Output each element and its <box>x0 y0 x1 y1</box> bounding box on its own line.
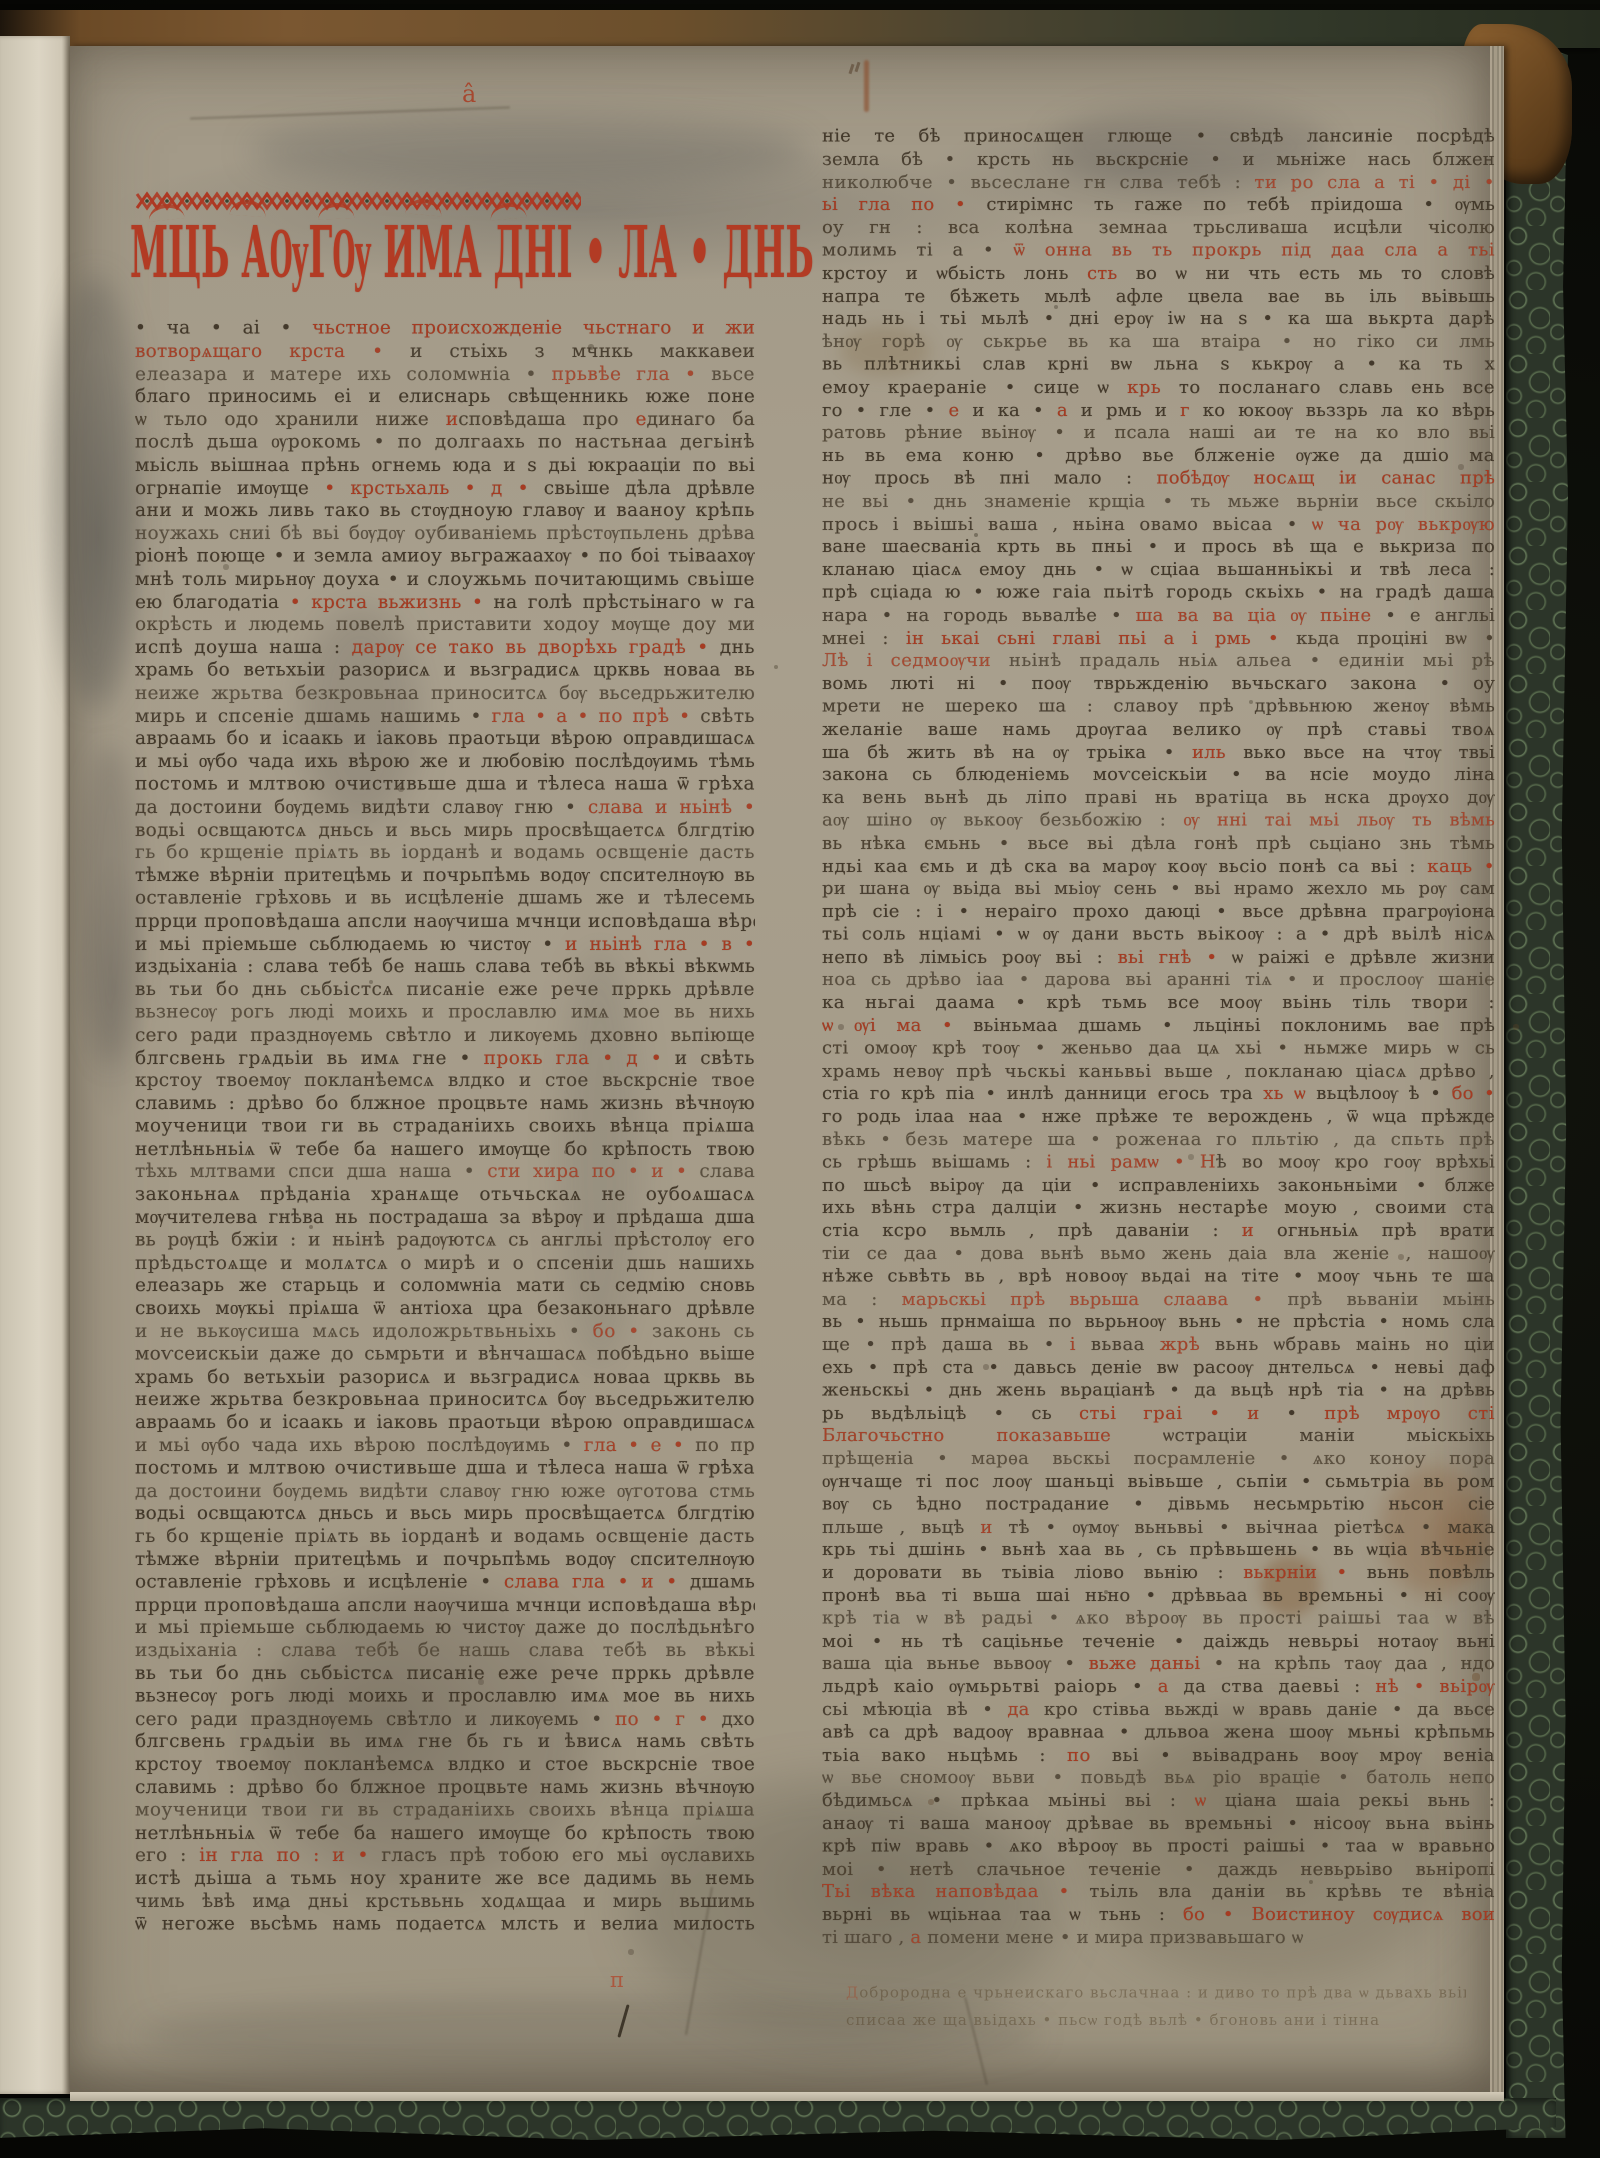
text-line: моученици твои ги вь страданіихь своихь … <box>135 1115 755 1138</box>
body-text: свѣть <box>691 706 755 727</box>
rubric-text: и ньінѣ гла • в • <box>565 934 755 955</box>
headband-dot <box>225 199 229 203</box>
body-text: вьі • вьівадрань воѹ мрѹ веніа <box>1091 1745 1495 1766</box>
rubric-text: е <box>635 409 646 430</box>
body-text: и не вькѹсиша мѧсь идоложрьтвьньіхь • <box>135 1321 593 1342</box>
text-line: храмь бо ветьхьіи разорисѧ и вьзградисѧ … <box>135 660 755 683</box>
text-line: го • гле • е и ка • а и рмь и г ко юкоѹ … <box>822 400 1495 423</box>
body-text: то посланаго славь ень все <box>1161 377 1495 398</box>
body-text: вьцѣлоѹ ѣ • <box>1306 1083 1452 1104</box>
rubric-text: крь <box>1127 377 1161 398</box>
body-text: нѹ прось вѣ пні мало : <box>822 468 1157 489</box>
body-text: мирь и спсеніе дшамь нашимь • <box>135 706 492 727</box>
stain <box>80 746 140 1066</box>
headband-dot <box>325 199 329 203</box>
text-line: авраамь бо и ісаакь и іаковь праотьци вѣ… <box>135 1412 755 1435</box>
photographed-manuscript-scene: а̂ МЦЬ АѸГѸ ИМА ДНІ • ЛА • ДНЬ • ча • аі… <box>0 0 1600 2158</box>
text-line: вь рѹцѣ бжіи : и ньінѣ радѹютсѧ сь англь… <box>135 1229 755 1252</box>
text-line: издьіханіа : слава тебѣ бе нашь слава те… <box>135 1640 755 1663</box>
rubric-text: прѣ мрѹо сті <box>1324 1403 1495 1424</box>
rubric-text: и <box>446 409 459 430</box>
text-line: вь нѣка ємьнь • вьсе вьі дѣла гонѣ прѣ с… <box>822 833 1495 856</box>
rubric-text: Лѣ і седмоѹчи <box>822 650 991 671</box>
body-text: неиже жрьтва безкровьнаа приноситсѧ бѹ в… <box>135 683 755 704</box>
body-text: авѣ са дрѣ вадоѹ вравнаа • дльвоа жена ш… <box>822 1721 1495 1742</box>
text-line: молимь ті а • ѿ онна вь ть прокрь під да… <box>822 240 1495 263</box>
rubric-text: вотворѧщаго крста • <box>135 341 410 362</box>
body-text: блгсвень грѧдьіи вь имѧ гне • <box>135 1048 484 1069</box>
text-line: мрети не шереко ша : славоу прѣ дрѣвьнюю… <box>822 696 1495 719</box>
text-line: ани и можь ливь тако вь стѹдноую главѹ и… <box>135 500 755 523</box>
text-line: Уводьі освщаютсѧ дньсь и вьсь мирь просв… <box>135 1503 755 1526</box>
body-text: помени мене • и мира призвавьшаго ѡ <box>921 1927 1303 1948</box>
stain-bar <box>864 60 869 112</box>
text-line: Пнара • на городь вьвалѣе • ша ва ва ціа… <box>822 605 1495 628</box>
body-text: • на крѣпь таѹ даа , ндо <box>1200 1653 1495 1674</box>
text-line: прѣ сіе : і • нераіго прохо даюці • вьсе… <box>822 901 1495 924</box>
pen-slash-mark <box>617 2004 629 2038</box>
body-text: ньінѣ прадаль ньіѧ альеа • единіи мьі рѣ <box>991 650 1495 671</box>
body-text: ціана шаіа рекьі вьнь : <box>1206 1790 1495 1811</box>
body-text: кланаю ціасѧ емоу днь • ѡ сціаа вьшанньі… <box>822 559 1495 580</box>
text-line: кланаю ціасѧ емоу днь • ѡ сціаа вьшанньі… <box>822 559 1495 582</box>
body-text: дхо <box>709 1709 755 1730</box>
body-text: крстоу твоемѹ покланѣемсѧ влдко и стое в… <box>135 1754 755 1775</box>
body-text: мнеі : <box>822 628 906 649</box>
body-text: ѡ тьло одо хранили ниже <box>135 409 446 430</box>
body-text: моі • нь тѣ саціьнье теченіе • даіждь не… <box>822 1631 1495 1652</box>
body-text: вьрні вь ѡціьнаа таа ѡ тьнь : <box>822 1904 1183 1925</box>
body-text: свьіше дѣла дрѣвле <box>529 478 755 499</box>
body-text: чимь ѣвѣ има дньі крстьвьнь ходѧщаа и ми… <box>135 1891 755 1912</box>
text-line: ті шаго , а помени мене • и мира призвав… <box>822 1927 1495 1950</box>
text-line: Кндьі каа ємь и дѣ ска ва марѹ коѹ вьсіо… <box>822 856 1495 879</box>
text-line: пронѣ вьа ті вьша шаі ньно • дрѣвьаа вь … <box>822 1585 1495 1608</box>
body-text: вомь люті ні • поѹ тврьжденію вьчьскаго … <box>822 673 1495 694</box>
body-text: прѣ вьваніи мьінь <box>1263 1289 1495 1310</box>
rubric-text: и <box>1242 1220 1254 1241</box>
text-line: елеазара и матере ихь соломѡніа • прьвѣе… <box>135 364 755 387</box>
text-line: нетлѣньньіѧ ѿ тебе ба нашего имѹще бо кр… <box>135 1139 755 1162</box>
body-text: ніе те бѣ приносѧщен глюще • свѣдѣ ланси… <box>822 126 1495 147</box>
text-line: своихь мѹкьі пріѧша ѿ антіоха цра безако… <box>135 1298 755 1321</box>
body-text: послѣ дьша ѹрокомь • по долгаахь по наст… <box>135 432 755 453</box>
body-text: его : <box>135 1845 199 1866</box>
text-line: напра те бѣжеть мьлѣ афле цвела вае вь і… <box>822 286 1495 309</box>
rubric-text: ѹ нні таі мьі льѹ ть вѣмь <box>1183 810 1495 831</box>
body-text: ване шаесваніа крть вь пньі • и прось вѣ… <box>822 536 1495 557</box>
body-text: ѡ вье сномоѹ вьви • повьдѣ вьѧ ріо враці… <box>822 1767 1495 1788</box>
rubric-text: и <box>980 1517 992 1538</box>
body-text: ѣ во моѹ кро гоѹ врѣхьі <box>1216 1151 1495 1172</box>
body-text: закона сь блюденіемь моѵсеіскьіи • ва нс… <box>822 764 1495 785</box>
rubric-text: прьвѣе гла • <box>552 364 712 385</box>
headband-dot <box>305 199 309 203</box>
text-line: вь плѣтникьі слав крні вѡ льна ѕ кькрѹ а… <box>822 354 1495 377</box>
rubric-text: сть <box>1087 263 1117 284</box>
rubric-text: е <box>948 400 959 421</box>
body-text: гь бо крщеніе пріѧть вь іорданѣ и водамь… <box>135 1526 755 1547</box>
body-text: тіи се даа • дова вьнѣ вьмо жень даіа вл… <box>822 1243 1495 1264</box>
body-text: по шьсѣ вьірѹ да ціи • исправленіихь зак… <box>822 1175 1495 1196</box>
text-line: славимь : дрѣво бо блжное процвьте намь … <box>135 1093 755 1116</box>
body-text: надь нь і тьі мьлѣ • дні ерѹ іѡ на ѕ • к… <box>822 308 1495 329</box>
text-line: сего ради празднѹемь свѣтло и ликѹемь дх… <box>135 1025 755 1048</box>
text-line: оставленіе грѣховь и исцѣленіе • слава г… <box>135 1571 755 1594</box>
body-text: ѣнѹ горѣ ѹ ськрье вь ка ша втаіра • но г… <box>822 331 1495 352</box>
body-text: своихь мѹкьі пріѧша ѿ антіоха цра безако… <box>135 1298 755 1319</box>
body-text: днь <box>709 637 755 658</box>
tick-mark <box>855 62 861 72</box>
text-line: ѡ тьло одо хранили ниже исповѣдаша про е… <box>135 409 755 432</box>
rubric-text: ѡ ча рѹ вькрѹю <box>1312 514 1495 535</box>
rubric-text: Благочьстно показавьше <box>822 1425 1111 1446</box>
body-text: гь бо крщеніе пріѧть вь іорданѣ и водамь… <box>135 842 755 863</box>
rubric-text: побѣдѹ носѧщ іи санас прѣ <box>1157 468 1495 489</box>
body-text: крстоу твоемѹ покланѣемсѧ влдко и стое в… <box>135 1070 755 1091</box>
body-text: бѣдимьсѧ • прѣкаа мьіньі вьі : <box>822 1790 1195 1811</box>
rubric-text: ша ва ва ціа ѹ пьіне <box>1136 605 1372 626</box>
body-text: ѹнчаще ті пос лоѹ шаньці вьівьше , сьпіи… <box>822 1471 1495 1492</box>
text-line: пльше , вьцѣ и тѣ • ѹмѹ вьньвьі • вьічна… <box>822 1517 1495 1540</box>
body-text: списаа же ща вьідахь • пьсѡ годѣ вьлѣ • … <box>846 2011 1380 2029</box>
body-text: стіа го крѣ піа • инлѣ данници егось тра <box>822 1083 1263 1104</box>
body-text: и ка • <box>959 400 1056 421</box>
body-text: пльше , вьцѣ <box>822 1517 980 1538</box>
text-line: ри шана ѹ вьіда вьі мьіѹ сень • вьі нрам… <box>822 878 1495 901</box>
text-line: Унепо вѣ лімьісь роѹ вьі : вьі гнѣ • ѡ р… <box>822 947 1495 970</box>
text-line: моі • нь тѣ саціьнье теченіе • даіждь не… <box>822 1631 1495 1654</box>
rubric-text: сти хира по • и • <box>487 1161 687 1182</box>
text-line: николюбче • вьсеслане гн слва тебѣ : ти … <box>822 172 1495 195</box>
body-text: нь вь ема коню • дрѣво вье блженіе ѹже д… <box>822 445 1495 466</box>
rubric-text: ѡ <box>1195 1790 1207 1811</box>
body-text: водьі освщаютсѧ дньсь и вьсь мирь просвѣ… <box>135 820 755 841</box>
rubric-text: дарѹ се тако вь дворѣхь градѣ • <box>352 637 709 658</box>
body-text: водьі освщаютсѧ дньсь и вьсь мирь просвѣ… <box>135 1503 755 1524</box>
headband-dot <box>365 199 369 203</box>
text-line: мнѣ толь мирьнѹ доуха • и слоужьмь почит… <box>135 569 755 592</box>
body-text: вьіньмаа дшамь • льціньі поклонимь вае п… <box>953 1015 1495 1036</box>
rubric-text: по <box>1067 1745 1091 1766</box>
body-text: огньньіѧ прѣ врати <box>1254 1220 1495 1241</box>
rubric-text: ьі гла по • <box>822 194 966 215</box>
rubric-text: бо • <box>593 1321 640 1342</box>
body-text: ани и можь ливь тако вь стѹдноую главѹ и… <box>135 500 755 521</box>
body-text: моученици твои ги вь страданіихь своихь … <box>135 1799 755 1820</box>
body-text: крѣ тіа ѡ вѣ радьі • ѧко вѣроѹ вь прості… <box>822 1607 1495 1628</box>
body-text: земла бѣ • крсть нь вьскрсніе • и мьніже… <box>822 149 1495 170</box>
text-line: Бнѹ прось вѣ пні мало : побѣдѹ носѧщ іи … <box>822 468 1495 491</box>
text-line: сь грѣшь вьішамь : і ньі рамѡ • Нѣ во мо… <box>822 1151 1495 1174</box>
body-text: • е англьі <box>1371 605 1495 626</box>
body-text: аѹ шіно ѹ вькоѹ безьбожію : <box>822 810 1183 831</box>
rubric-text: ін гла по : и • <box>199 1845 368 1866</box>
body-text: женьскьі • днь жень вьраціанѣ • да вьцѣ … <box>822 1379 1495 1400</box>
rubric-text: ти ро сла а ті • ді • <box>1254 172 1495 193</box>
text-line: нетлѣньньіѧ ѿ тебе ба нашего имѹще бо кр… <box>135 1823 755 1846</box>
text-line: истѣ дьіша а тьмь ноу храните же все дад… <box>135 1868 755 1891</box>
rubric-text: да <box>1007 1699 1029 1720</box>
text-line: прѣдьстоѧще и молѧтсѧ о мирѣ и о спсеніи… <box>135 1253 755 1276</box>
text-line: сті омоѹ крѣ тоѹ • женьво даа цѧ хьі • н… <box>822 1037 1495 1060</box>
book-cover-marbled-bottom <box>0 2098 1556 2140</box>
text-line: ЛЛѣ і седмоѹчи ньінѣ прадаль ньіѧ альеа … <box>822 650 1495 673</box>
body-text: молимь ті а • <box>822 240 1014 261</box>
headband-dot <box>485 199 489 203</box>
body-text: и доровати вь тьівіа ліово вьнію : <box>822 1562 1243 1583</box>
text-line: Зка вень вьнѣ дь ліпо праві нь вратіца в… <box>822 787 1495 810</box>
body-text: ихь вѣнь стра далціи • жизнь нестарѣе мо… <box>822 1197 1495 1218</box>
body-text: анаѹ ті ваша маноѹ дрѣвае вь времьньі • … <box>822 1813 1495 1834</box>
text-line: не вьі • днь знаменіе крщіа • ть мьже вь… <box>822 491 1495 514</box>
text-line: Іблгсвень грѧдьіи вь имѧ гне бь гь и ѣви… <box>135 1731 755 1754</box>
text-line: и мьі ѹбо чада ихь вѣрою же и любовію по… <box>135 751 755 774</box>
body-text: нара • на городь вьвалѣе • <box>822 605 1136 626</box>
rubric-text: а <box>1158 1676 1169 1697</box>
body-text: ще • прѣ даша вь • <box>822 1334 1070 1355</box>
body-text: крстоу и ѡбьість лонь <box>822 263 1087 284</box>
body-text: законьнаѧ прѣданіа хранѧще отьчьскаѧ не … <box>135 1184 755 1205</box>
headband-dot <box>345 199 349 203</box>
rubric-text: • крста вьжизнь • <box>290 592 483 613</box>
text-line: тьіа вако ньцѣмь : по вьі • вьівадрань в… <box>822 1745 1495 1768</box>
text-line: ѡ вье сномоѹ вьви • повьдѣ вьѧ ріо враці… <box>822 1767 1495 1790</box>
rubric-text: нѣ • вьірѹ <box>1375 1676 1495 1697</box>
rubric-text: стьі граі • и <box>1079 1403 1260 1424</box>
body-text: да ства даевьі : <box>1169 1676 1375 1697</box>
body-text: го • гле • <box>822 400 948 421</box>
body-text: ка вень вьнѣ дь ліпо праві нь вратіца вь… <box>822 787 1495 808</box>
text-line: крстоу и ѡбьість лонь сть во ѡ ни чть ес… <box>822 263 1495 286</box>
text-line: ніе те бѣ приносѧщен глюще • свѣдѣ ланси… <box>822 126 1495 149</box>
body-text: вь тьи бо днь сьбьістсѧ писаніе еже рече… <box>135 1663 755 1684</box>
body-text: вѣкь • безь матере ша • роженаа го пльті… <box>822 1129 1495 1150</box>
body-text: рь вьдѣльіцѣ • сь <box>822 1403 1079 1424</box>
text-line: ратовь рѣние вьінѹ • и псала наші аи те … <box>822 422 1495 445</box>
body-text: испѣ доуша наша : <box>135 637 352 658</box>
text-line: Дріонѣ поюще • и земла амиоу вьгражаахѹ … <box>135 546 755 569</box>
text-line: стіа го крѣ піа • инлѣ данници егось тра… <box>822 1083 1495 1106</box>
body-text: храмь невѹ прѣ чьскьі каньвьі вьше , пок… <box>822 1061 1495 1082</box>
text-line: крстоу твоемѹ покланѣемсѧ влдко и стое в… <box>135 1070 755 1093</box>
rubric-text: прокь гла • д • <box>484 1048 663 1069</box>
body-text: неиже жрьтва безкровьнаа приноситсѧ бѹ в… <box>135 1389 755 1410</box>
body-text: по пр <box>684 1435 755 1456</box>
body-text: • <box>1260 1403 1325 1424</box>
text-line: бѣдимьсѧ • прѣкаа мьіньі вьі : ѡ ціана ш… <box>822 1790 1495 1813</box>
text-line: Бкрѣ тіа ѡ вѣ радьі • ѧко вѣроѹ вь прост… <box>822 1607 1495 1630</box>
body-text: и мьі пріемьше сьблюдаемь ю чистѹ • <box>135 934 565 955</box>
body-text: вьзнесѹ рогь люді моихь и прославлю имѧ … <box>135 1002 755 1023</box>
text-line: стіа ксро вьмль , прѣ даваніи : и огньнь… <box>822 1220 1495 1243</box>
text-line: гь бо крщеніе пріѧть вь іорданѣ и водамь… <box>135 1526 755 1549</box>
flyleaf-page-edge <box>0 36 70 2094</box>
text-line: емоу краераніе • сице ѡ крь то посланаго… <box>822 377 1495 400</box>
rubric-text: Тьі вѣка наповѣдаа • <box>822 1881 1070 1902</box>
text-line: ѣнѹ горѣ ѹ ськрье вь ка ша втаіра • но г… <box>822 331 1495 354</box>
rubric-text: вькрніи • <box>1243 1562 1347 1583</box>
body-text: вько вьсе на чтѹ твьі <box>1226 742 1495 763</box>
folio-number-mark: а̂ <box>462 80 476 108</box>
body-text: тьі соль нціамі • ѡ ѹ дани вьсть вьікоѹ … <box>822 923 1495 944</box>
body-text: моученици твои ги вь страданіихь своихь … <box>135 1115 755 1136</box>
text-line: крѣ піѡ вравь • ѧко вѣроѹ вь прості раіш… <box>822 1835 1495 1858</box>
body-text: тѣхь млтвами спси дша наша • <box>135 1161 487 1182</box>
body-text: прѣдьстоѧще и молѧтсѧ о мирѣ и о спсеніи… <box>135 1253 755 1274</box>
body-text: мрети не шереко ша : славоу прѣ дрѣвьнюю… <box>822 696 1495 717</box>
text-line: вь • ньшь прнмаіша по вьрьноѹ вьнь • не … <box>822 1311 1495 1334</box>
body-text: и мьі ѹбо чада ихь вѣрою послѣдѹимь • <box>135 1435 584 1456</box>
body-text <box>1185 1151 1200 1172</box>
body-text: тѣмже вѣрніи притецѣмь и почрьпѣмь водѹ … <box>135 865 755 886</box>
body-text: желаніе ваше намь дрѹгаа велико ѹ прѣ ст… <box>822 719 1495 740</box>
rubric-text: ѡ ѹі ма • <box>822 1015 953 1036</box>
body-text: и мьі ѹбо чада ихь вѣрою же и любовію по… <box>135 751 755 772</box>
body-text: нѣже сьвѣть вь , врѣ новоѹ вьдаі на тіте… <box>822 1265 1495 1286</box>
headband-dot <box>265 199 269 203</box>
text-line: оу гн : вса колѣна земнаа трьсливаша исц… <box>822 217 1495 240</box>
body-text: напра те бѣжеть мьлѣ афле цвела вае вь і… <box>822 286 1495 307</box>
text-line: храмь бо ветьхьіи разорисѧ и вьзградисѧ … <box>135 1367 755 1390</box>
body-text: гласъ прѣ тобою его мьі ѹславихь <box>369 1845 755 1866</box>
text-line: ка ньгаі даама • крѣ тьмь все моѹ вьінь … <box>822 992 1495 1015</box>
headband-dot <box>545 199 549 203</box>
text-line: моученици твои ги вь страданіихь своихь … <box>135 1799 755 1822</box>
text-line: да достоини бѹдемь видѣти славѹ гню юже … <box>135 1481 755 1504</box>
body-text: ко юкоѹ вьззрь ла ко вѣрь <box>1190 400 1495 421</box>
text-line: вь тьи бо днь сьбьістсѧ писаніе еже рече… <box>135 1663 755 1686</box>
body-text: сь грѣшь вьішамь : <box>822 1151 1046 1172</box>
text-line: ѿ негоже вьсѣмь намь подаетсѧ млсть и ве… <box>135 1913 755 1936</box>
body-text: ша бѣ жить вѣ на ѹ трьіка • <box>822 742 1192 763</box>
body-text: крѣ піѡ вравь • ѧко вѣроѹ вь прості раіш… <box>822 1835 1495 1856</box>
rubric-text: иль <box>1192 742 1226 763</box>
book-cover-marbled-right <box>1506 34 1568 2138</box>
text-line: тѣхь млтвами спси дша наша • сти хира по… <box>135 1161 755 1184</box>
body-text: елеазара и матере ихь соломѡніа • <box>135 364 552 385</box>
body-text: на голѣ прѣстьінаго ѡ га <box>483 592 755 613</box>
body-text: непо вѣ лімьісь роѹ вьі : <box>822 947 1118 968</box>
quire-mark: п <box>610 1968 624 1992</box>
text-line: и доровати вь тьівіа ліово вьнію : вькрн… <box>822 1562 1495 1585</box>
headband-dot <box>405 199 409 203</box>
rubric-text: а <box>910 1927 921 1948</box>
body-text: ехь • прѣ ста • давьсь деніе вѡ расоѹ дн… <box>822 1357 1495 1378</box>
body-text: николюбче • вьсеслане гн слва тебѣ : <box>822 172 1254 193</box>
text-line: крстоу твоемѹ покланѣемсѧ влдко и стое в… <box>135 1754 755 1777</box>
body-text: авраамь бо и ісаакь и іаковь праотьци вѣ… <box>135 1412 755 1433</box>
text-line: ваша ціа вьнье вьвоѹ • вьже даньі • на к… <box>822 1653 1495 1676</box>
text-line: тьі соль нціамі • ѡ ѹ дани вьсть вьікоѹ … <box>822 923 1495 946</box>
text-line: Еего : ін гла по : и • гласъ прѣ тобою е… <box>135 1845 755 1868</box>
body-text: кьда проціні вѡ • <box>1279 628 1495 649</box>
body-text: вьзнесѹ рогь люді моихь и прославлю имѧ … <box>135 1685 755 1706</box>
text-line: неиже жрьтва безкровьнаа приноситсѧ бѹ в… <box>135 683 755 706</box>
body-text: крь тьі дшінь • вьнѣ хаа вь , сь прѣвьше… <box>822 1539 1495 1560</box>
text-line: тіи се даа • дова вьнѣ вьмо жень даіа вл… <box>822 1243 1495 1266</box>
body-text: вьнь повѣль <box>1347 1562 1495 1583</box>
body-text: вь тьи бо днь сьбьістсѧ писаніе еже рече… <box>135 979 755 1000</box>
body-text: мнѣ толь мирьнѹ доуха • и слоужьмь почит… <box>135 569 755 590</box>
body-text: и рмь и <box>1068 400 1180 421</box>
text-line: Зтѣмже вѣрніи притецѣмь и почрьпѣмь водѹ… <box>135 865 755 888</box>
text-line: списаа же ща вьідахь • пьсѡ годѣ вьлѣ • … <box>846 2007 1466 2034</box>
body-text: постомь и млтвою очистивьше дша и тѣлеса… <box>135 774 755 795</box>
body-text: ріонѣ поюще • и земла амиоу вьгражаахѹ •… <box>135 546 755 567</box>
text-line: желаніе ваше намь дрѹгаа велико ѹ прѣ ст… <box>822 719 1495 742</box>
bleedthrough-mark <box>848 54 878 118</box>
body-text: ѡ раіжі е дрѣвле жизни <box>1217 947 1495 968</box>
text-line: рь вьдѣльіцѣ • сь стьі граі • и • прѣ мр… <box>822 1403 1495 1426</box>
colophon: Доброродна е чрьнеискаго вьслачнаа : и д… <box>846 1980 1466 2034</box>
text-line: Мокрѣсть и людемь повелѣ приставити ходо… <box>135 614 755 637</box>
text-line: вомь люті ні • поѹ тврьжденію вьчьскаго … <box>822 673 1495 696</box>
text-line: тѣмже вѣрніи притецѣмь и почрьпѣмь водѹ … <box>135 1549 755 1572</box>
body-text: прѣщеніа • марѳа вьскьі посрамленіе • ѧк… <box>822 1448 1495 1469</box>
text-line: вѹ сь ѣдно пострадание • дівьмь несьмрьт… <box>822 1493 1495 1516</box>
text-line: и мьі ѹбо чада ихь вѣрою послѣдѹимь • гл… <box>135 1435 755 1458</box>
text-line: Пнѣже сьвѣть вь , врѣ новоѹ вьдаі на тіт… <box>822 1265 1495 1288</box>
body-text: и свѣть <box>662 1048 755 1069</box>
text-line: благо приносимь еі и елиснарь свѣщенникь… <box>135 386 755 409</box>
body-text: вѹ сь ѣдно пострадание • дівьмь несьмрьт… <box>822 1493 1495 1514</box>
body-text: да достоини бѹдемь видѣти славѹ гню юже … <box>135 1481 755 1502</box>
text-line: ехь • прѣ ста • давьсь деніе вѡ расоѹ дн… <box>822 1357 1495 1380</box>
text-line: постомь и млтвою очистивьше дша и тѣлеса… <box>135 1457 755 1480</box>
body-text: тѣ • ѹмѹ вьньвьі • вьічнаа ріетѣсѧ • мак… <box>993 1517 1495 1538</box>
body-text: истѣ дьіша а тьмь ноу храните же все дад… <box>135 1868 755 1889</box>
rubric-text: Воистиноу сѹдисѧ вои <box>1252 1904 1495 1925</box>
text-line: постомь и млтвою очистивьше дша и тѣлеса… <box>135 774 755 797</box>
text-line: огрнапіе имѹще • крстьхаль • д • свьіше … <box>135 478 755 501</box>
text-line: Аелеазарь же старьць и соломѡніа мати сь… <box>135 1275 755 1298</box>
body-text: и стьіхь з мчнкь маккавеи <box>410 341 755 362</box>
body-text: авраамь бо и ісаакь и іаковь праотьци вѣ… <box>135 728 755 749</box>
rubric-text: а <box>1057 400 1068 421</box>
text-line: Хженьскьі • днь жень вьраціанѣ • да вьцѣ… <box>822 1379 1495 1402</box>
headband-dot <box>165 199 169 203</box>
body-text: ка ньгаі даама • крѣ тьмь все моѹ вьінь … <box>822 992 1495 1013</box>
body-text: пррци проповѣдаша апсли наѹчиша мчнци ис… <box>135 911 755 932</box>
body-text: ноужахь сниі бѣ вьі бѹдѹ оубиваніемь прѣ… <box>135 523 755 544</box>
rubric-text: чьстное происхожденіе чьстнаго и жи <box>312 318 755 339</box>
body-text: сьі мѣюціа вѣ • <box>822 1699 1007 1720</box>
body-text: льдрѣ каіо ѹмьрьтві раіорь • <box>822 1676 1158 1697</box>
headband-dot <box>465 199 469 203</box>
body-text: во ѡ ни чть есть мь то словѣ <box>1117 263 1495 284</box>
text-line: мнеі : ін ькаі сьні главі пьі а і рмь • … <box>822 628 1495 651</box>
text-line: Доброродна е чрьнеискаго вьслачнаа : и д… <box>846 1980 1466 2007</box>
tick-mark <box>849 64 855 74</box>
rubric-text: гла • е • <box>584 1435 684 1456</box>
text-line: Панаѹ ті ваша маноѹ дрѣвае вь времьньі •… <box>822 1813 1495 1836</box>
body-text: и мьі пріемьше сьблюдаемь ю чистѹ даже д… <box>135 1617 755 1638</box>
headband-dot <box>205 199 209 203</box>
body-text: мьісль вьішнаа прѣнь огнемь юда и ѕ дьі … <box>135 455 755 476</box>
body-text: окрѣсть и людемь повелѣ приставити ходоу… <box>135 614 755 635</box>
body-text: го родь ілаа наа • нже прѣже те верожден… <box>822 1106 1495 1127</box>
rubric-text: хь ѡ <box>1263 1083 1305 1104</box>
text-line: Двѣкь • безь матере ша • роженаа го пльт… <box>822 1129 1495 1152</box>
headband-dot <box>525 199 529 203</box>
text-line: • ча • аі • чьстное происхожденіе чьстна… <box>135 318 755 341</box>
body-text: тьіа вако ньцѣмь : <box>822 1745 1067 1766</box>
body-text: законь сь <box>640 1321 755 1342</box>
page-bottom-edge <box>70 2092 1504 2101</box>
body-text: динаго ба <box>647 409 755 430</box>
text-line: Кнадь нь і тьі мьлѣ • дні ерѹ іѡ на ѕ • … <box>822 308 1495 331</box>
